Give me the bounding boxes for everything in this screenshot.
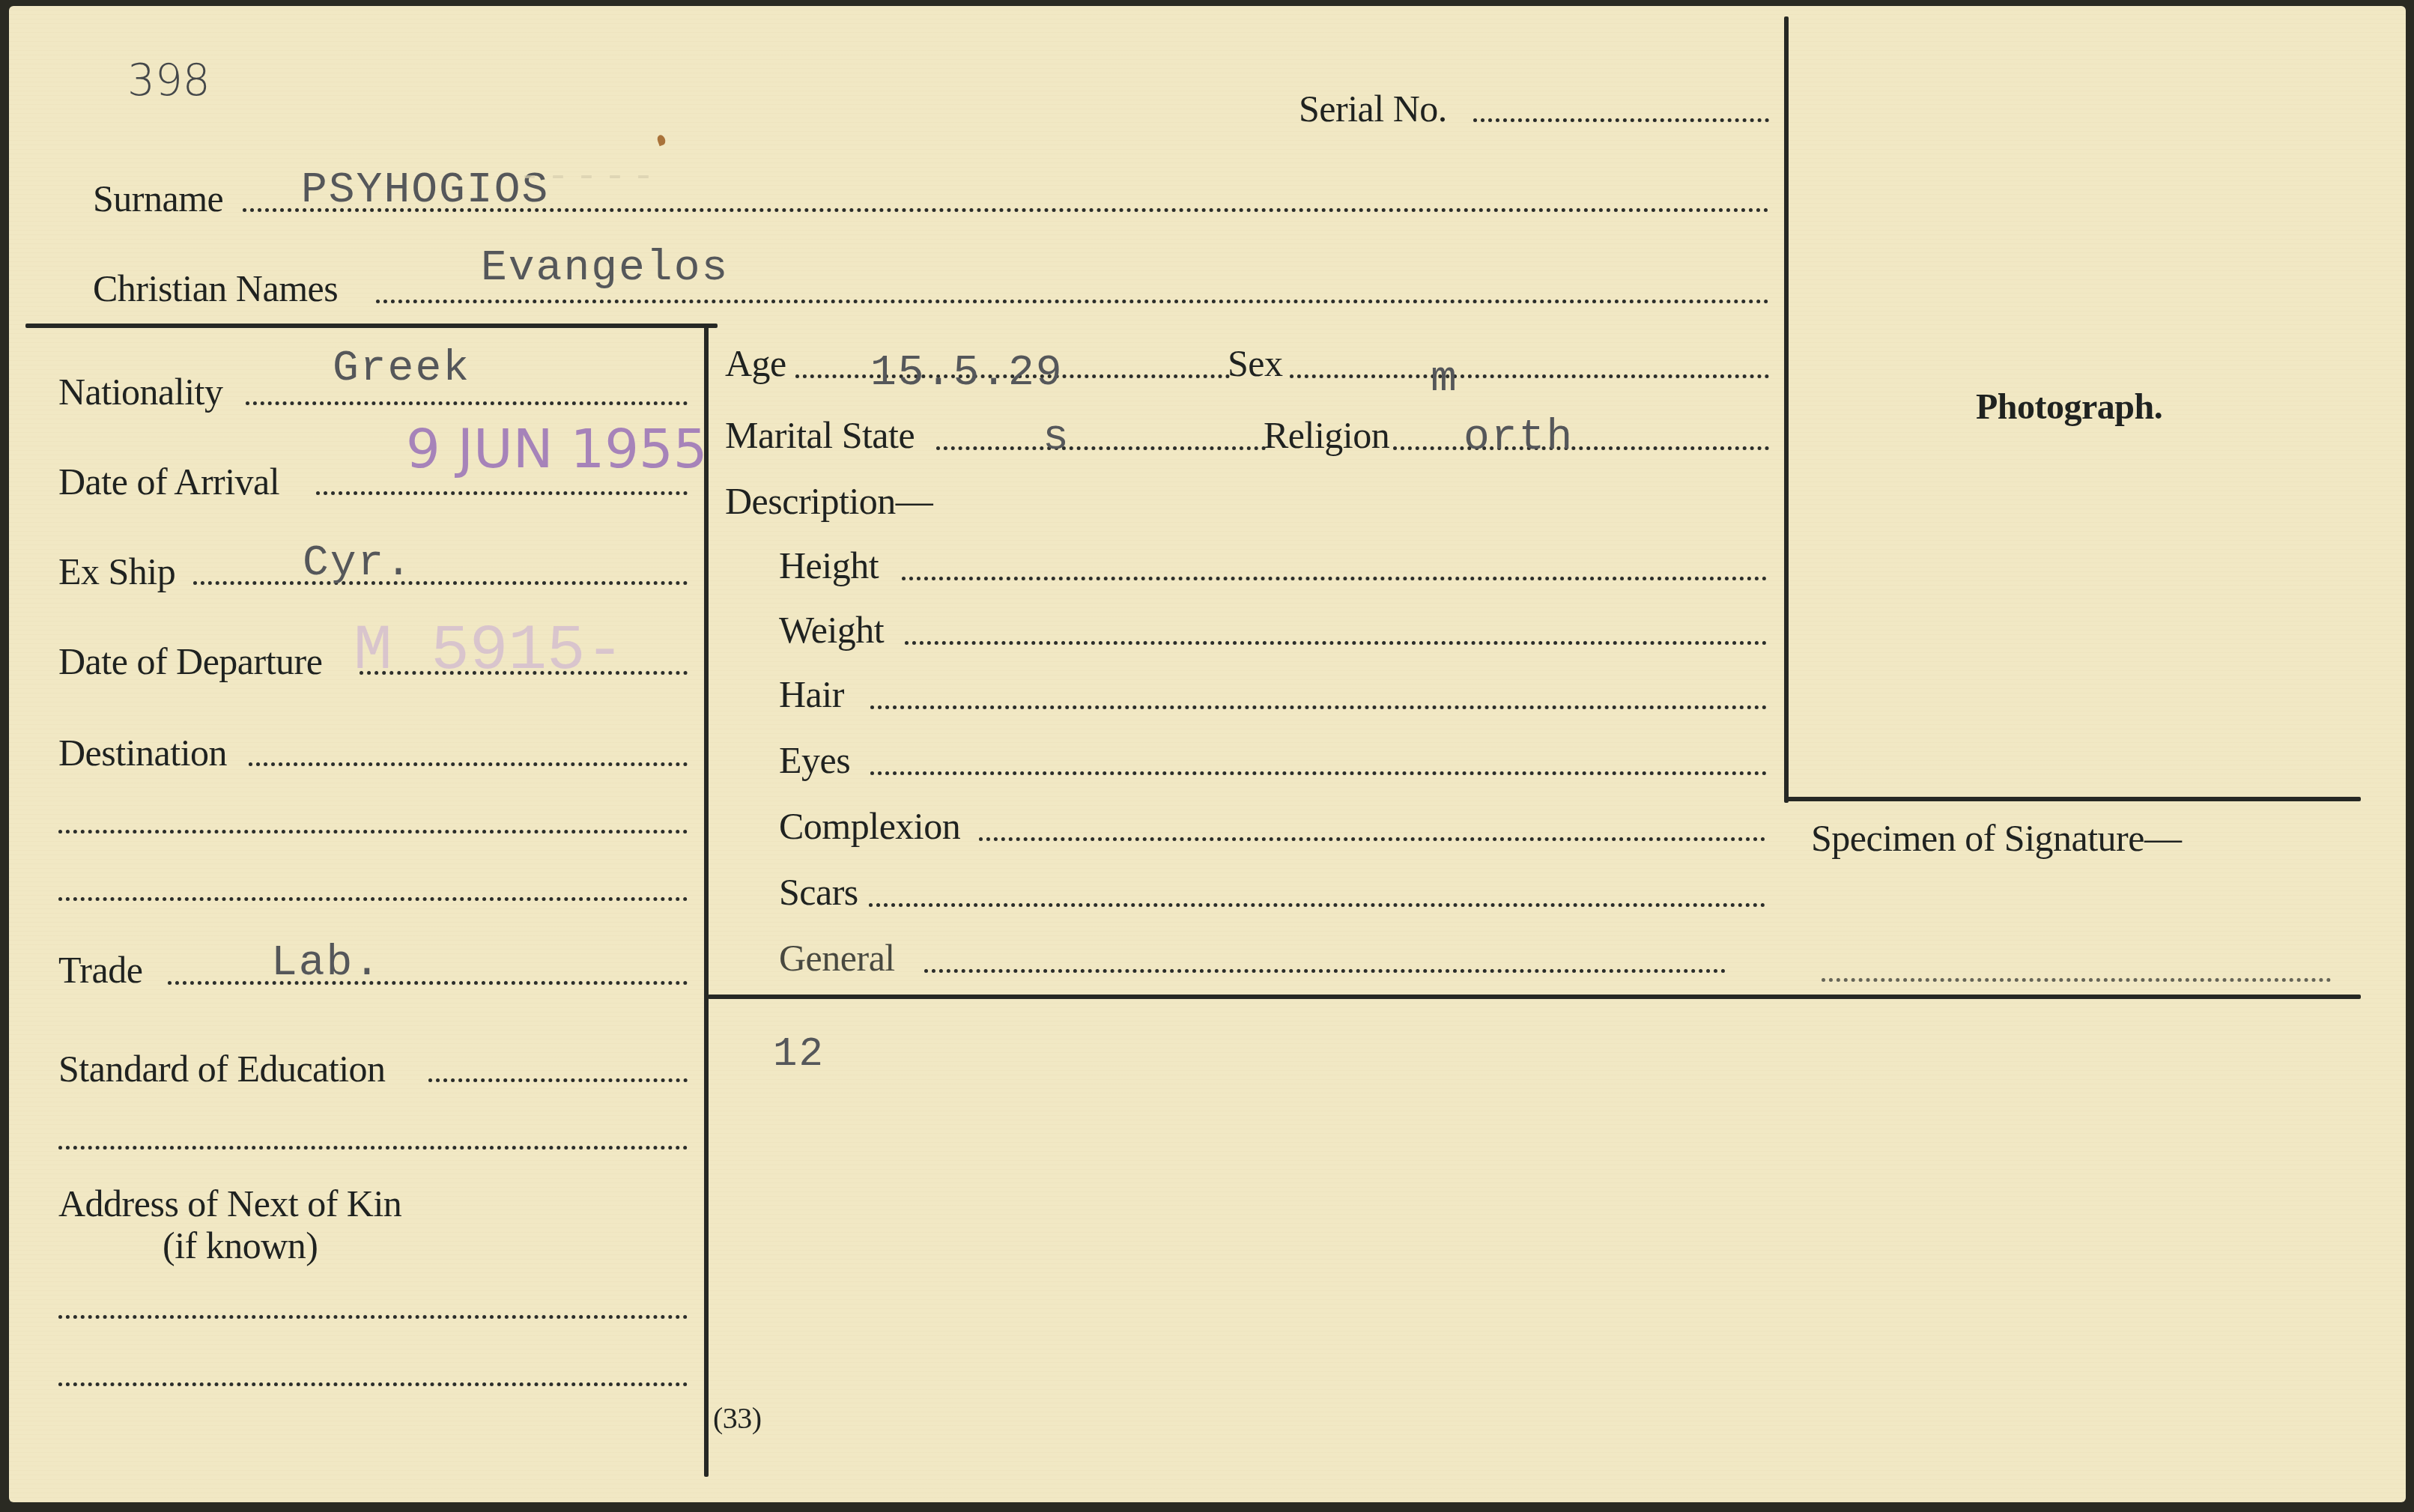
scars-field[interactable]: [869, 903, 1765, 907]
hair-field[interactable]: [870, 705, 1767, 709]
left-column-divider: [704, 324, 709, 1477]
weight-field[interactable]: [905, 641, 1767, 645]
height-label: Height: [779, 547, 879, 584]
standard-of-education-label: Standard of Education: [58, 1050, 386, 1087]
christian-names-value[interactable]: Evangelos: [481, 247, 729, 291]
date-of-departure-label: Date of Departure: [58, 643, 322, 680]
destination-field-line-2[interactable]: [58, 830, 688, 834]
religion-value[interactable]: orth: [1464, 416, 1574, 460]
religion-label: Religion: [1264, 416, 1389, 454]
christian-names-field-line: [376, 300, 1769, 303]
christian-names-label: Christian Names: [93, 270, 338, 307]
date-of-departure-stamp[interactable]: M 5915-: [354, 619, 624, 683]
date-of-arrival-stamp[interactable]: 9 JUN 1955: [406, 422, 708, 476]
standard-of-education-field[interactable]: [428, 1078, 688, 1082]
ex-ship-value[interactable]: Cyr.: [303, 542, 413, 586]
surname-value[interactable]: PSYHOGIOS: [301, 169, 549, 213]
marital-state-label: Marital State: [725, 416, 915, 454]
serial-no-field[interactable]: [1473, 118, 1769, 122]
signature-field[interactable]: [1822, 978, 2331, 982]
eyes-field[interactable]: [870, 771, 1767, 775]
destination-field[interactable]: [249, 762, 688, 766]
destination-label: Destination: [58, 734, 227, 771]
paper-speck: [656, 134, 667, 147]
signature-label: Specimen of Signature—: [1811, 819, 2181, 857]
nationality-value[interactable]: Greek: [333, 347, 470, 391]
date-of-arrival-field-line: [316, 491, 688, 495]
marital-state-field-line: [936, 446, 1266, 450]
surname-label: Surname: [93, 180, 223, 217]
religion-field-line: [1393, 446, 1769, 450]
general-label: General: [779, 939, 895, 977]
trade-label: Trade: [58, 951, 142, 989]
complexion-label: Complexion: [779, 807, 960, 845]
general-field[interactable]: [924, 969, 1726, 973]
age-label: Age: [725, 344, 786, 382]
trade-field-line: [168, 981, 688, 985]
scars-label: Scars: [779, 873, 858, 911]
hair-label: Hair: [779, 675, 844, 713]
eyes-label: Eyes: [779, 741, 850, 779]
address-next-of-kin-field-line-2[interactable]: [58, 1382, 688, 1386]
photograph-label: Photograph.: [1976, 389, 2162, 425]
age-value[interactable]: 15.5.29: [870, 352, 1064, 395]
marital-state-value[interactable]: s: [1043, 416, 1070, 460]
photo-box-bottom-border: [1784, 797, 2361, 801]
notes-value[interactable]: 12: [773, 1035, 825, 1075]
record-number: 398: [127, 58, 210, 102]
complexion-field[interactable]: [979, 837, 1765, 841]
height-field[interactable]: [902, 577, 1767, 580]
address-next-of-kin-field-line-1[interactable]: [58, 1315, 688, 1319]
middle-bottom-rule: [708, 995, 2361, 999]
left-top-rule: [25, 324, 718, 328]
form-code: (33): [713, 1403, 762, 1433]
alien-registration-card: 398 Serial No. Surname PSYHOGIOS ‑‑‑‑‑ C…: [9, 6, 2406, 1502]
date-of-arrival-label: Date of Arrival: [58, 463, 279, 500]
serial-no-label: Serial No.: [1299, 90, 1447, 127]
nationality-field-line: [246, 401, 688, 405]
sex-label: Sex: [1228, 344, 1283, 382]
ex-ship-label: Ex Ship: [58, 553, 175, 590]
sex-field-line: [1290, 374, 1769, 378]
standard-of-education-field-line-2[interactable]: [58, 1146, 688, 1150]
nationality-label: Nationality: [58, 373, 222, 410]
address-next-of-kin-sublabel: (if known): [163, 1227, 318, 1264]
description-heading: Description—: [725, 482, 932, 520]
ghost-imprint: ‑‑‑‑‑: [518, 156, 661, 198]
trade-value[interactable]: Lab.: [271, 942, 381, 986]
address-next-of-kin-label: Address of Next of Kin: [58, 1185, 401, 1222]
sex-value[interactable]: m: [1431, 358, 1458, 401]
ex-ship-field-line: [193, 581, 688, 585]
weight-label: Weight: [779, 611, 884, 649]
destination-field-line-3[interactable]: [58, 897, 688, 901]
